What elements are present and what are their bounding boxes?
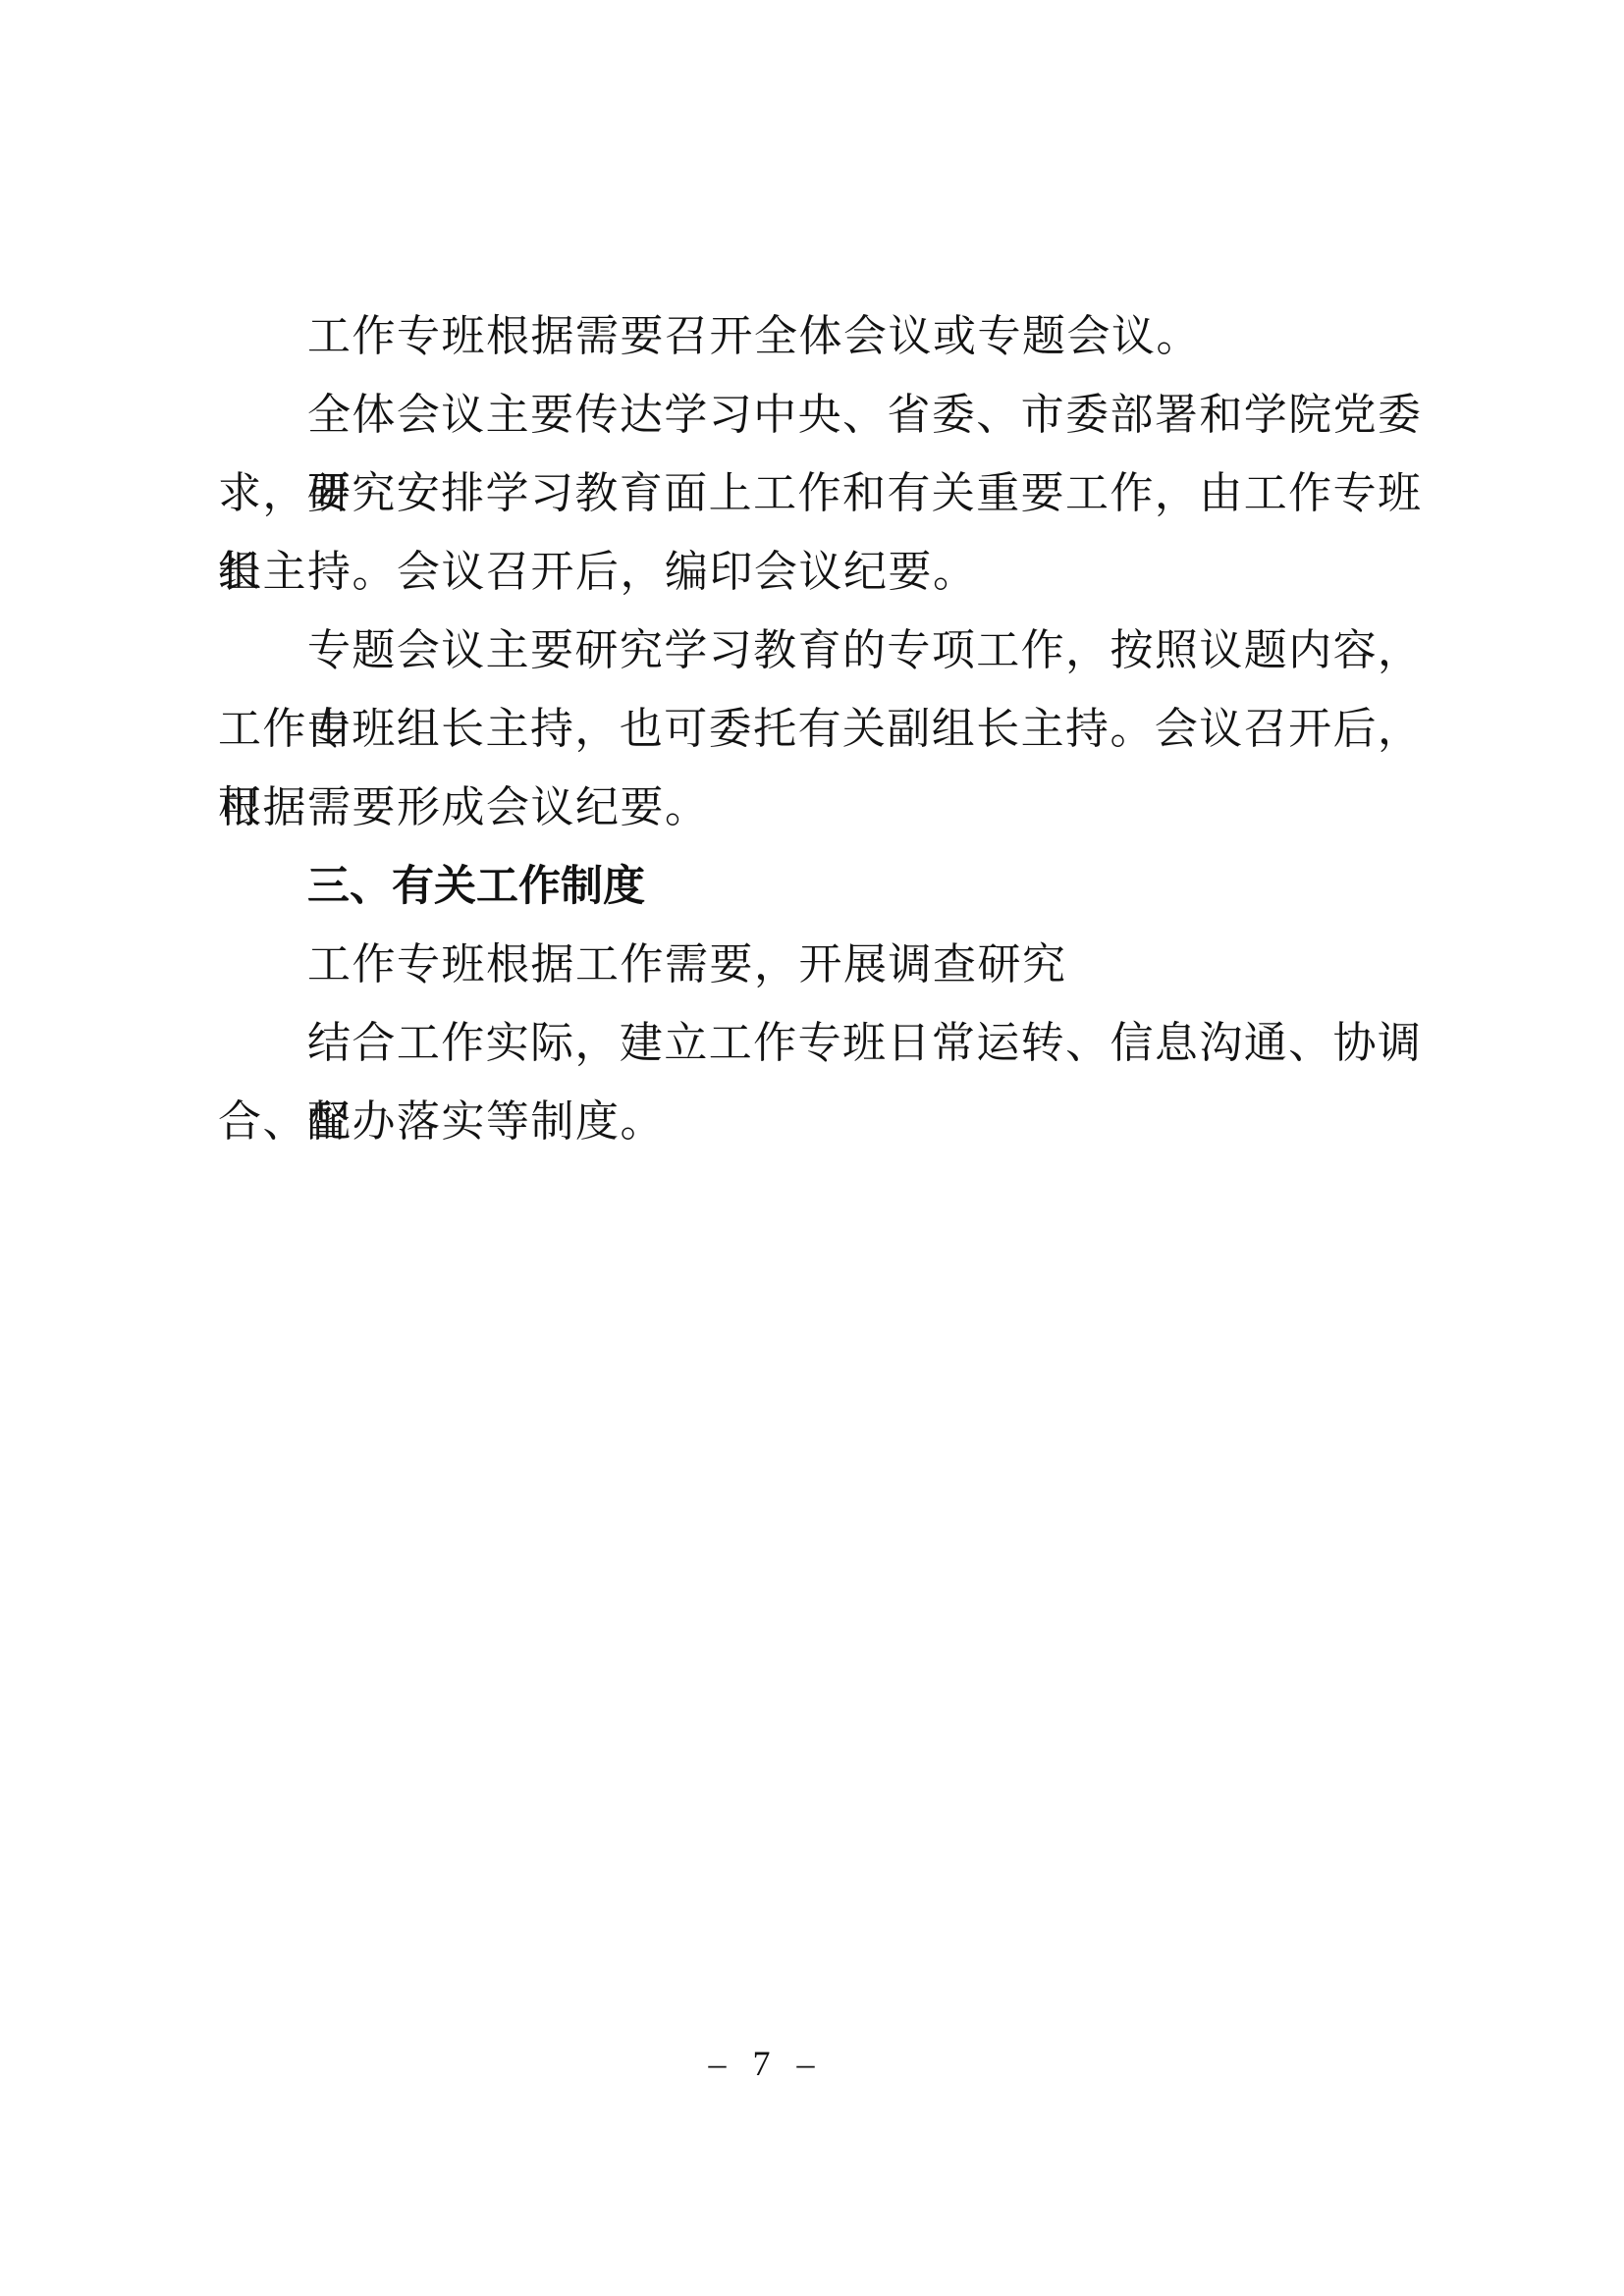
paragraph-line: 结合工作实际，建立工作专班日常运转、信息沟通、协调配	[307, 1004, 1421, 1083]
page-number: – 7 –	[638, 2042, 893, 2085]
paragraph-line: 工作专班组长主持，也可委托有关副组长主持。会议召开后，可	[218, 690, 1421, 769]
paragraph-line: 合、督办落实等制度。	[218, 1083, 1421, 1161]
paragraph-line: 全体会议主要传达学习中央、省委、市委部署和学院党委要	[307, 376, 1421, 454]
paragraph-line: 工作专班根据需要召开全体会议或专题会议。	[307, 297, 1421, 376]
paragraph-line: 长主持。会议召开后，编印会议纪要。	[218, 533, 1421, 612]
paragraph-line: 求，研究安排学习教育面上工作和有关重要工作，由工作专班组	[218, 454, 1421, 533]
section-heading: 三、有关工作制度	[307, 847, 1421, 926]
document-page: 工作专班根据需要召开全体会议或专题会议。 全体会议主要传达学习中央、省委、市委部…	[0, 0, 1624, 2296]
paragraph-line: 根据需要形成会议纪要。	[218, 769, 1421, 847]
paragraph-line: 专题会议主要研究学习教育的专项工作，按照议题内容，由	[307, 612, 1421, 690]
paragraph-line: 工作专班根据工作需要，开展调查研究	[307, 926, 1421, 1004]
